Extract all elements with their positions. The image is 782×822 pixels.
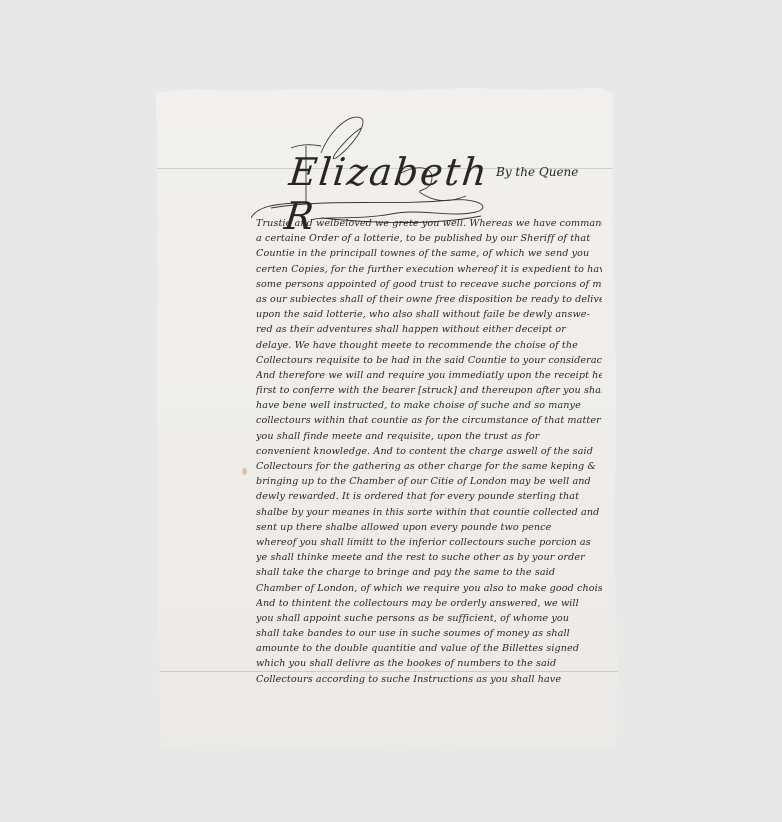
text-line: Collectours for the gathering as other c… xyxy=(256,459,602,474)
text-line: as our subiectes shall of their owne fre… xyxy=(256,292,602,307)
text-line: certen Copies, for the further execution… xyxy=(256,262,602,277)
sign-manual: Elizabeth R xyxy=(251,108,511,228)
text-line: a certaine Order of a lotterie, to be pu… xyxy=(256,231,602,246)
text-line: you shall finde meete and requisite, upo… xyxy=(256,429,602,444)
text-line: convenient knowledge. And to content the… xyxy=(256,444,602,459)
text-line: red as their adventures shall happen wit… xyxy=(256,322,602,337)
text-line: Chamber of London, of which we require y… xyxy=(256,581,602,596)
text-line: Collectours requisite to be had in the s… xyxy=(256,353,602,368)
text-line: Trustie and welbeloved we grete you well… xyxy=(256,216,602,231)
heading-by-the-quene: By the Quene xyxy=(496,165,578,179)
text-line: which you shall delivre as the bookes of… xyxy=(256,656,602,671)
text-line: upon the said lotterie, who also shall w… xyxy=(256,307,602,322)
text-line: bringing up to the Chamber of our Citie … xyxy=(256,474,602,489)
text-line: have bene well instructed, to make chois… xyxy=(256,398,602,413)
text-line: ye shall thinke meete and the rest to su… xyxy=(256,550,602,565)
text-line: shalbe by your meanes in this sorte with… xyxy=(256,505,602,520)
text-line: collectours within that countie as for t… xyxy=(256,413,602,428)
manuscript-letter: Elizabeth R By the Quene Trustie and wel… xyxy=(156,88,618,752)
text-line: amounte to the double quantitie and valu… xyxy=(256,641,602,656)
text-line: shall take bandes to our use in suche so… xyxy=(256,626,602,641)
text-line: dewly rewarded. It is ordered that for e… xyxy=(256,489,602,504)
text-line: delaye. We have thought meete to recomme… xyxy=(256,338,602,353)
text-line: Countie in the principall townes of the … xyxy=(256,246,602,261)
text-line: shall take the charge to bringe and pay … xyxy=(256,565,602,580)
text-line: first to conferre with the bearer [struc… xyxy=(256,383,602,398)
text-line: whereof you shall limitt to the inferior… xyxy=(256,535,602,550)
text-line: And therefore we will and require you im… xyxy=(256,368,602,383)
letter-body: Trustie and welbeloved we grete you well… xyxy=(256,216,602,687)
text-line: sent up there shalbe allowed upon every … xyxy=(256,520,602,535)
text-line: some persons appointed of good trust to … xyxy=(256,277,602,292)
foxing-spot xyxy=(242,468,247,475)
text-line: Collectours according to suche Instructi… xyxy=(256,672,602,687)
text-line: And to thintent the collectours may be o… xyxy=(256,596,602,611)
text-line: you shall appoint suche persons as be su… xyxy=(256,611,602,626)
